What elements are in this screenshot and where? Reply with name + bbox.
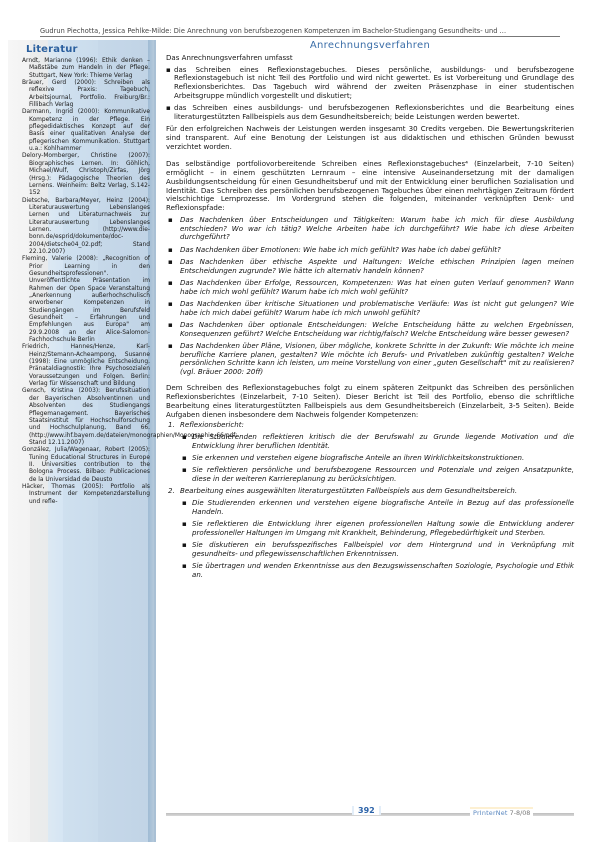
reference-item: Häcker, Thomas (2005): Portfolio als Ins… <box>22 484 150 506</box>
section-title: Anrechnungsverfahren <box>166 42 574 51</box>
reflection-paths-list: Das Nachdenken über Entscheidungen und T… <box>166 216 574 377</box>
competency-item: 2. Bearbeitung eines ausgewählten litera… <box>166 487 574 579</box>
reflection-path: Das Nachdenken über Entscheidungen und T… <box>166 216 574 242</box>
reference-item: Dietsche, Barbara/Meyer, Heinz (2004): L… <box>22 198 150 257</box>
intro-bullet-list: das Schreiben eines Reflexionstagebuches… <box>166 66 574 122</box>
competency-subitem: Sie übertragen und wenden Erkenntnisse a… <box>180 562 574 580</box>
journal-issue: 7-8/08 <box>510 809 531 817</box>
competency-heading: Bearbeitung eines ausgewählten literatur… <box>180 486 517 495</box>
reflection-path: Das Nachdenken über kritische Situatione… <box>166 300 574 318</box>
reference-item: González, Julia/Wagenaar, Robert (2005):… <box>22 447 150 484</box>
reference-item: Arndt, Marianne (1996): Ethik denken – M… <box>22 58 150 80</box>
intro-text: Das Anrechnungsverfahren umfasst <box>166 54 574 63</box>
reflection-path: Das Nachdenken über Emotionen: Wie habe … <box>166 246 574 255</box>
competency-number: 2. <box>168 487 175 496</box>
competency-subitem: Sie erkennen und verstehen eigene biogra… <box>180 454 574 463</box>
report-paragraph: Dem Schreiben des Reflexionstagebuches f… <box>166 384 574 419</box>
competency-sublist: Die Studierenden reflektieren kritisch d… <box>180 433 574 484</box>
running-head: Gudrun Piechotta, Jessica Pehlke-Milde: … <box>40 27 560 37</box>
competency-number: 1. <box>168 421 175 430</box>
reference-item: Gensch, Kristina (2003): Berufssituation… <box>22 388 150 447</box>
journal-footer: PrInterNet 7-8/08 <box>470 807 533 817</box>
competency-subitem: Sie reflektieren die Entwicklung ihrer e… <box>180 520 574 538</box>
intro-bullet: das Schreiben eines Reflexionstagebuches… <box>166 66 574 101</box>
reference-item: Darmann, Ingrid (2000): Kommunikative Ko… <box>22 109 150 153</box>
reflection-path: Das Nachdenken über ethische Aspekte und… <box>166 258 574 276</box>
competency-list: 1. Reflexionsbericht: Die Studierenden r… <box>166 421 574 579</box>
competency-subitem: Die Studierenden reflektieren kritisch d… <box>180 433 574 451</box>
reference-item: Friedrich, Hannes/Henze, Karl-Heinz/Stem… <box>22 344 150 388</box>
literature-heading: Literatur <box>26 44 78 55</box>
page-number: 392 <box>352 806 381 815</box>
competency-subitem: Sie diskutieren ein berufsspezifisches F… <box>180 541 574 559</box>
competency-item: 1. Reflexionsbericht: Die Studierenden r… <box>166 421 574 484</box>
intro-bullet: das Schreiben eines ausbildungs- und ber… <box>166 104 574 122</box>
reflection-path: Das Nachdenken über optionale Entscheidu… <box>166 321 574 339</box>
reference-item: Bräuer, Gerd (2000): Schreiben als refle… <box>22 80 150 109</box>
competency-sublist: Die Studierenden erkennen und verstehen … <box>180 499 574 580</box>
credits-paragraph: Für den erfolgreichen Nachweis der Leist… <box>166 125 574 151</box>
reflection-path: Das Nachdenken über Pläne, Visionen, übe… <box>166 342 574 377</box>
competency-subitem: Die Studierenden erkennen und verstehen … <box>180 499 574 517</box>
diary-paragraph: Das selbständige portfoliovorbereitende … <box>166 160 574 213</box>
competency-subitem: Sie reflektieren persönliche und berufsb… <box>180 466 574 484</box>
reference-item: Fleming, Valerie (2008): „Recognition of… <box>22 256 150 344</box>
competency-heading: Reflexionsbericht: <box>180 420 244 429</box>
main-column: Anrechnungsverfahren Das Anrechnungsverf… <box>166 40 574 583</box>
journal-name: PrInterNet <box>473 809 508 817</box>
reference-item: Delory-Momberger, Christine (2007): Biog… <box>22 153 150 197</box>
reference-list: Arndt, Marianne (1996): Ethik denken – M… <box>22 58 150 506</box>
reflection-path: Das Nachdenken über Erfolge, Ressourcen,… <box>166 279 574 297</box>
